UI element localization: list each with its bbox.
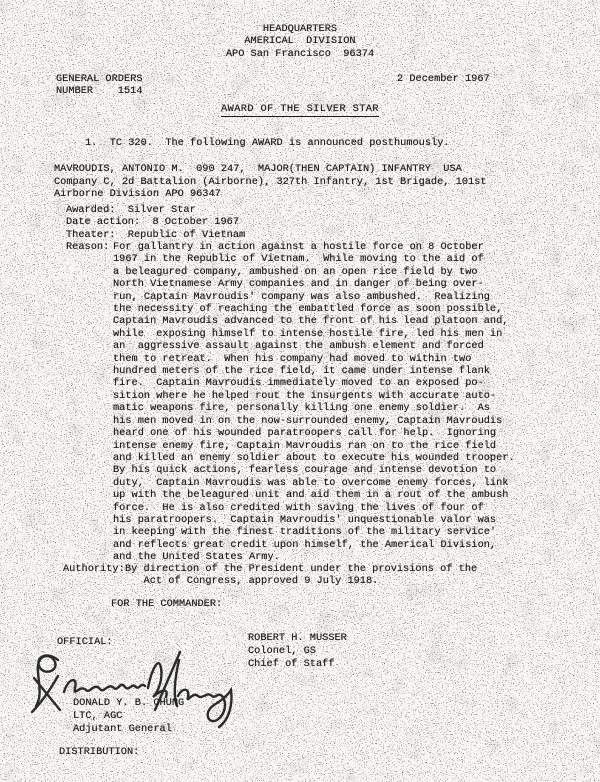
distribution-label: DISTRIBUTION: (59, 746, 139, 758)
opening-paragraph: 1. TC 320. The following AWARD is announ… (85, 137, 450, 149)
general-orders-number: GENERAL ORDERS NUMBER 1514 (56, 73, 143, 98)
document-title-row: AWARD OF THE SILVER STAR (0, 103, 600, 117)
awardee-block: MAVROUDIS, ANTONIO M. 090 247, MAJOR(THE… (54, 163, 487, 201)
for-the-commander: FOR THE COMMANDER: (111, 598, 222, 610)
citation-text: For gallantry in action against a hostil… (113, 241, 515, 564)
chief-of-staff-signature-block: ROBERT H. MUSSER Colonel, GS Chief of St… (248, 632, 347, 671)
scanned-document-page: HEADQUARTERS AMERICAL DIVISION APO San F… (0, 0, 600, 782)
authority-label: Authority: (63, 563, 125, 575)
adjutant-general-block: DONALD Y. B. CHUNG LTC, AGC Adjutant Gen… (73, 697, 184, 736)
document-title: AWARD OF THE SILVER STAR (221, 103, 379, 117)
reason-label: Reason: (66, 241, 109, 253)
authority-text: By direction of the President under the … (125, 563, 477, 588)
letterhead: HEADQUARTERS AMERICAL DIVISION APO San F… (0, 23, 600, 60)
order-date: 2 December 1967 (397, 73, 490, 85)
award-details: Awarded: Silver Star Date action: 8 Octo… (66, 204, 245, 241)
